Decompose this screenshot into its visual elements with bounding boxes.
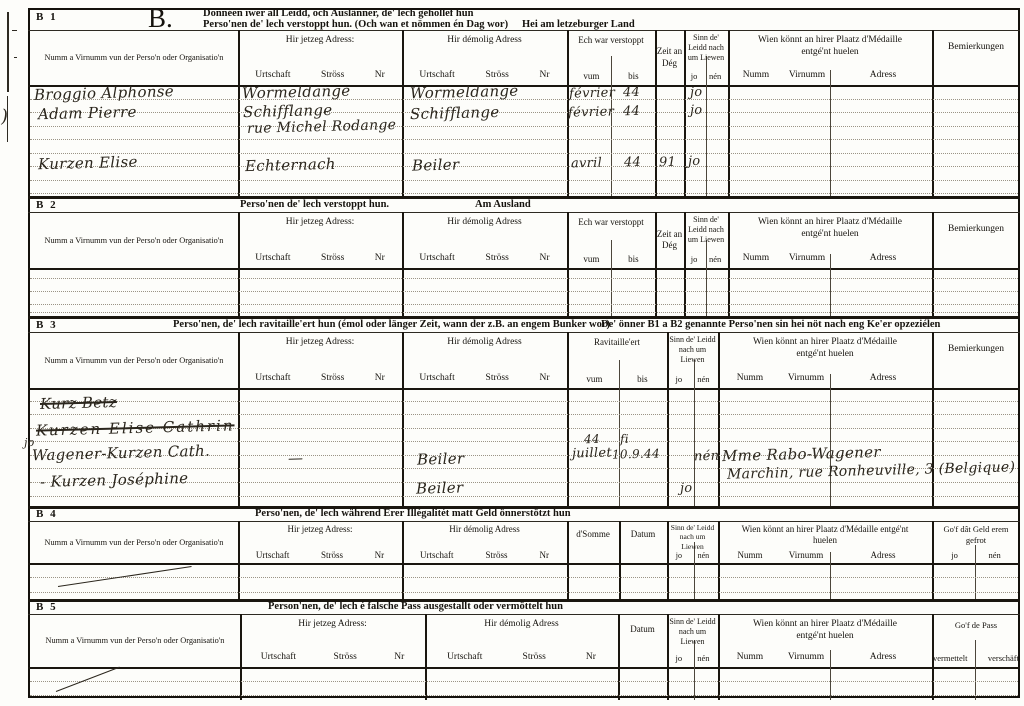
b1-col-jetzeg: Hir jetzeg Adress: Urtschaft Ströss Nr — [238, 30, 402, 85]
handwritten-date: juillet — [572, 445, 612, 461]
sub-stross: Ströss — [486, 70, 509, 82]
b3-col-bem: Bemierkungen — [932, 332, 1020, 388]
sub-jo: jo — [676, 551, 682, 561]
sub-stross: Ströss — [321, 373, 344, 385]
col-label-zeit: Zeit an Dég — [656, 229, 683, 252]
handwritten-date: fi — [620, 432, 629, 446]
handwritten-nen: nén — [694, 449, 720, 465]
handwritten-date: 44 — [623, 85, 641, 100]
b4-col-datum: Datum — [619, 521, 667, 563]
b3-col-name: Numm a Virnumm vun der Perso'n oder Orga… — [30, 332, 238, 388]
section-b1-code: B 1 — [36, 11, 58, 23]
col-label-name: Numm a Virnumm vun der Perso'n oder Orga… — [32, 236, 236, 247]
col-label-datum: Datum — [621, 529, 665, 540]
handwritten-date: février — [568, 104, 615, 120]
sub-urtschaft: Urtschaft — [419, 253, 454, 265]
handwritten-date: 44 — [584, 432, 600, 446]
sub-bis: bis — [628, 254, 639, 265]
sub-urtschaft: Urtschaft — [255, 70, 290, 82]
col-label-ravitailleert: Ravitaille'ert — [569, 337, 665, 348]
col-label-demolig: Hir démolig Adress — [404, 337, 565, 349]
sub-urtschaft: Urtschaft — [447, 652, 482, 664]
col-label-name: Numm a Virnumm vun der Perso'n oder Orga… — [32, 53, 236, 64]
handwritten-address: Wormeldange — [410, 82, 519, 103]
sub-virnumm: Virnumm — [780, 652, 832, 664]
handwritten-date: février — [569, 85, 616, 101]
rule — [28, 667, 1020, 669]
b2-col-bem: Bemierkungen — [932, 212, 1020, 268]
sub-jo: jo — [691, 254, 698, 265]
b5-col-demolig: Hir démolig Adress Urtschaft Ströss Nr — [425, 614, 618, 667]
scan-edge-tick — [12, 30, 17, 31]
sub-nen: nén — [698, 551, 710, 561]
handwritten-margin-mark: ) — [1, 106, 9, 127]
col-label-demolig: Hir démolig Adress — [427, 619, 616, 631]
b5-col-gof-pass: Go'f de Pass vermettelt verschäft — [932, 614, 1020, 667]
sub-nr: Nr — [540, 253, 550, 265]
sub-vum: vum — [583, 71, 599, 82]
col-label-demolig: Hir démolig Adress — [404, 35, 565, 47]
col-label-zeit: Zeit an Dég — [656, 46, 683, 69]
subcolumn-line — [830, 374, 831, 506]
handwritten-address: Beiler — [417, 449, 465, 468]
sub-urtschaft: Urtschaft — [256, 550, 290, 561]
col-label-jetzeg: Hir jetzeg Adress: — [240, 217, 400, 229]
sub-stross: Ströss — [486, 253, 509, 265]
sub-stross: Ströss — [486, 373, 509, 385]
rule — [28, 85, 1020, 87]
handwritten-name-crossed: Kurz Betz — [40, 393, 117, 413]
col-label-jetzeg: Hir jetzeg Adress: — [240, 524, 400, 535]
col-label-bem: Bemierkungen — [934, 42, 1018, 54]
rule — [28, 388, 1020, 390]
sub-numm: Numm — [730, 70, 782, 82]
rule — [28, 563, 1020, 565]
guide-line — [30, 139, 1018, 140]
col-label-sinn: Sinn de' Leidd nach um Liewen — [668, 617, 717, 647]
b3-col-jetzeg: Hir jetzeg Adress: Urtschaft Ströss Nr — [238, 332, 402, 388]
sub-urtschaft: Urtschaft — [261, 652, 296, 664]
sub-vum: vum — [586, 374, 602, 385]
guide-line — [30, 414, 1018, 415]
sub-vum: vum — [583, 254, 599, 265]
handwritten-date: avril — [571, 156, 603, 172]
b4-col-demolig: Hir démolig Adress Urtschaft Ströss Nr — [402, 521, 567, 563]
sub-bis: bis — [628, 71, 639, 82]
section-b4-code: B 4 — [36, 508, 58, 520]
col-label-datum: Datum — [620, 624, 665, 635]
col-label-wien: Wien könnt an hirer Plaatz d'Médaille en… — [730, 35, 930, 59]
sub-stross: Ströss — [334, 652, 357, 664]
sub-numm: Numm — [730, 253, 782, 265]
sub-stross: Ströss — [321, 70, 344, 82]
sub-jo: jo — [951, 550, 958, 561]
b3-col-demolig: Hir démolig Adress Urtschaft Ströss Nr — [402, 332, 567, 388]
section-b3-subtitle: De' önner B1 a B2 genannte Perso'nen sin… — [601, 319, 940, 330]
guide-line — [30, 291, 1018, 292]
guide-line — [30, 496, 1018, 497]
section-b2-subtitle: Am Ausland — [475, 199, 531, 210]
sub-nen: nén — [697, 374, 709, 385]
sub-adress: Adress — [832, 550, 934, 561]
b1-col-sinn: Sinn de' Leidd nach um Liewen jo nén — [684, 30, 728, 85]
sub-nr: Nr — [375, 550, 385, 561]
sub-nr: Nr — [540, 70, 550, 82]
section-b3-title: Perso'nen, de' lech ravitaille'ert hun (… — [173, 319, 610, 330]
guide-line — [30, 304, 1018, 305]
b5-col-sinn: Sinn de' Leidd nach um Liewen jo nén — [667, 614, 718, 667]
b2-col-verstoppt: Ech war verstoppt vum bis — [567, 212, 655, 268]
scanned-form-page: ) B 1 B. Donnéen iwer all Leidd, och Aus… — [0, 0, 1024, 706]
sub-stross: Ströss — [523, 652, 546, 664]
sub-virnumm: Virnumm — [782, 70, 832, 82]
b4-col-somme: d'Somme — [567, 521, 619, 563]
sub-jo: jo — [676, 374, 683, 385]
col-label-name: Numm a Virnumm vun der Perso'n oder Orga… — [32, 636, 238, 647]
handwritten-days: 91 — [659, 155, 677, 170]
guide-line — [30, 312, 1018, 313]
guide-line — [30, 153, 1018, 154]
sub-numm: Numm — [720, 652, 780, 664]
sub-nr: Nr — [394, 652, 404, 664]
section-b3-code: B 3 — [36, 319, 58, 331]
section-b5-title: Person'nen, de' lech é falsche Pass ausg… — [268, 601, 563, 612]
sub-urtschaft: Urtschaft — [419, 373, 454, 385]
section-b5-code: B 5 — [36, 601, 58, 613]
sub-nr: Nr — [375, 70, 385, 82]
col-label-sinn: Sinn de' Leidd nach um Liewen — [668, 523, 717, 551]
section-b2-title: Perso'nen de' lech verstoppt hun. — [240, 199, 389, 210]
scan-edge-tick — [14, 57, 17, 58]
sub-nen: nén — [988, 550, 1000, 561]
b2-col-demolig: Hir démolig Adress Urtschaft Ströss Nr — [402, 212, 567, 268]
handwritten-name: Adam Pierre — [38, 103, 137, 124]
b3-col-sinn: Sinn de' Leidd nach um Liewen jo nén — [667, 332, 718, 388]
handwritten-address: Schifflange — [410, 103, 500, 123]
b5-col-wien: Wien könnt an hirer Plaatz d'Médaille en… — [718, 614, 932, 667]
handwritten-address: Beiler — [412, 155, 460, 174]
sub-jo: jo — [691, 71, 698, 82]
col-label-jetzeg: Hir jetzeg Adress: — [240, 337, 400, 349]
handwritten-name: Kurzen Elise — [38, 153, 138, 174]
b1-col-demolig: Hir démolig Adress Urtschaft Ströss Nr — [402, 30, 567, 85]
sub-urtschaft: Urtschaft — [255, 373, 290, 385]
b4-col-gof-geld: Go'f dât Geld erem gefrot jo nén — [932, 521, 1020, 563]
b3-col-wien: Wien könnt an hirer Plaatz d'Médaille en… — [718, 332, 932, 388]
handwritten-dash: — — [288, 449, 304, 467]
b1-col-bem: Bemierkungen — [932, 30, 1020, 85]
col-label-demolig: Hir démolig Adress — [404, 524, 565, 535]
col-label-wien: Wien könnt an hirer Plaatz d'Médaille en… — [720, 337, 930, 361]
sub-urtschaft: Urtschaft — [420, 550, 454, 561]
sub-adress: Adress — [832, 70, 934, 82]
b1-col-name: Numm a Virnumm vun der Perso'n oder Orga… — [30, 30, 238, 85]
sub-virnumm: Virnumm — [780, 373, 832, 385]
sub-adress: Adress — [832, 373, 934, 385]
guide-line — [30, 180, 1018, 181]
b4-col-jetzeg: Hir jetzeg Adress: Urtschaft Ströss Nr — [238, 521, 402, 563]
b4-col-wien: Wien könnt an hirer Plaatz d'Médaille en… — [718, 521, 932, 563]
col-label-name: Numm a Virnumm vun der Perso'n oder Orga… — [32, 356, 236, 367]
sub-stross: Ströss — [485, 550, 507, 561]
sub-vermettelt: vermettelt — [933, 653, 967, 664]
col-label-wien: Wien könnt an hirer Plaatz d'Médaille en… — [720, 524, 930, 547]
handwritten-date: 10.9.44 — [612, 446, 660, 461]
b5-col-datum: Datum — [618, 614, 667, 667]
col-label-gof-geld: Go'f dât Geld erem gefrot — [936, 524, 1016, 545]
b1-col-zeit: Zeit an Dég — [655, 30, 684, 85]
section-b1-location: Hei am letzeburger Land — [522, 19, 635, 30]
guide-line — [30, 592, 1018, 593]
sub-nr: Nr — [586, 652, 596, 664]
sub-nen: nén — [709, 254, 721, 265]
sub-urtschaft: Urtschaft — [419, 70, 454, 82]
sub-adress: Adress — [832, 652, 934, 664]
col-label-somme: d'Somme — [569, 529, 617, 540]
col-label-wien: Wien könnt an hirer Plaatz d'Médaille en… — [720, 619, 930, 643]
handwritten-jo: jo — [688, 154, 701, 169]
sub-nen: nén — [697, 653, 709, 664]
b2-col-jetzeg: Hir jetzeg Adress: Urtschaft Ströss Nr — [238, 212, 402, 268]
sub-stross: Ströss — [321, 550, 343, 561]
guide-line — [30, 278, 1018, 279]
b5-col-name: Numm a Virnumm vun der Perso'n oder Orga… — [30, 614, 240, 667]
section-b1-title-line1: Donnéen iwer all Leidd, och Auslänner, d… — [203, 8, 473, 19]
sub-bis: bis — [637, 374, 648, 385]
col-label-jetzeg: Hir jetzeg Adress: — [240, 35, 400, 47]
sub-nr: Nr — [375, 373, 385, 385]
guide-line — [30, 193, 1018, 194]
guide-line — [30, 681, 1018, 682]
col-label-verstoppt: Ech war verstoppt — [569, 35, 653, 46]
col-label-bem: Bemierkungen — [934, 224, 1018, 236]
rule — [28, 268, 1020, 270]
b4-col-name: Numm a Virnumm vun der Perso'n oder Orga… — [30, 521, 238, 563]
sub-numm: Numm — [720, 373, 780, 385]
handwritten-jo: jo — [680, 481, 693, 496]
guide-line — [30, 401, 1018, 402]
section-b2-code: B 2 — [36, 199, 58, 211]
sub-virnumm: Virnumm — [782, 253, 832, 265]
sub-nr: Nr — [375, 253, 385, 265]
sub-stross: Ströss — [321, 253, 344, 265]
handwritten-address: Wormeldange — [242, 82, 351, 103]
b4-col-sinn: Sinn de' Leidd nach um Liewen jo nén — [667, 521, 718, 563]
col-label-jetzeg: Hir jetzeg Adress: — [242, 619, 423, 631]
guide-line — [30, 577, 1018, 578]
col-label-sinn: Sinn de' Leidd nach um Liewen — [685, 33, 727, 63]
b2-col-name: Numm a Virnumm vun der Perso'n oder Orga… — [30, 212, 238, 268]
subcolumn-line — [830, 70, 831, 196]
col-label-demolig: Hir démolig Adress — [404, 217, 565, 229]
col-label-sinn: Sinn de' Leidd nach um Liewen — [668, 335, 717, 365]
sub-urtschaft: Urtschaft — [255, 253, 290, 265]
b2-col-zeit: Zeit an Dég — [655, 212, 684, 268]
col-label-bem: Bemierkungen — [934, 344, 1018, 356]
sub-nen: nén — [709, 71, 721, 82]
col-label-name: Numm a Virnumm vun der Perso'n oder Orga… — [32, 538, 236, 549]
b5-col-jetzeg: Hir jetzeg Adress: Urtschaft Ströss Nr — [240, 614, 425, 667]
handwritten-name: Broggio Alphonse — [34, 82, 174, 104]
section-b1-title-line2: Perso'nen de' lech verstoppt hun. (Och w… — [203, 19, 508, 30]
b1-col-verstoppt: Ech war verstoppt vum bis — [567, 30, 655, 85]
b2-col-sinn: Sinn de' Leidd nach um Liewen jo nén — [684, 212, 728, 268]
col-label-verstoppt: Ech war verstoppt — [569, 217, 653, 228]
sub-virnumm: Virnumm — [780, 550, 832, 561]
guide-line — [30, 112, 1018, 113]
handwritten-jo: jo — [690, 85, 703, 100]
handwritten-date: 44 — [624, 155, 642, 170]
guide-line — [30, 695, 1018, 696]
guide-line — [30, 126, 1018, 127]
b1-col-wien: Wien könnt an hirer Plaatz d'Médaille en… — [728, 30, 932, 85]
section-b4-title: Perso'nen, de' lech während Erer Illégal… — [255, 508, 571, 519]
handwritten-address: Echternach — [245, 155, 336, 175]
col-label-wien: Wien könnt an hirer Plaatz d'Médaille en… — [730, 217, 930, 241]
col-label-gof-pass: Go'f de Pass — [933, 620, 1019, 631]
col-label-sinn: Sinn de' Leidd nach um Liewen — [685, 215, 727, 245]
guide-line — [30, 99, 1018, 100]
sub-jo: jo — [676, 653, 683, 664]
handwritten-address: Beiler — [416, 478, 464, 497]
b2-col-wien: Wien könnt an hirer Plaatz d'Médaille en… — [728, 212, 932, 268]
sub-adress: Adress — [832, 253, 934, 265]
sub-verschaft: verschäft — [988, 653, 1019, 664]
handwritten-date: 44 — [623, 104, 641, 119]
sub-nr: Nr — [539, 550, 549, 561]
sub-numm: Numm — [720, 550, 780, 561]
b3-col-ravitailleert: Ravitaille'ert vum bis — [567, 332, 667, 388]
scan-edge-line — [7, 12, 9, 92]
guide-line — [30, 166, 1018, 167]
sub-nr: Nr — [540, 373, 550, 385]
handwritten-jo: jo — [690, 103, 703, 118]
